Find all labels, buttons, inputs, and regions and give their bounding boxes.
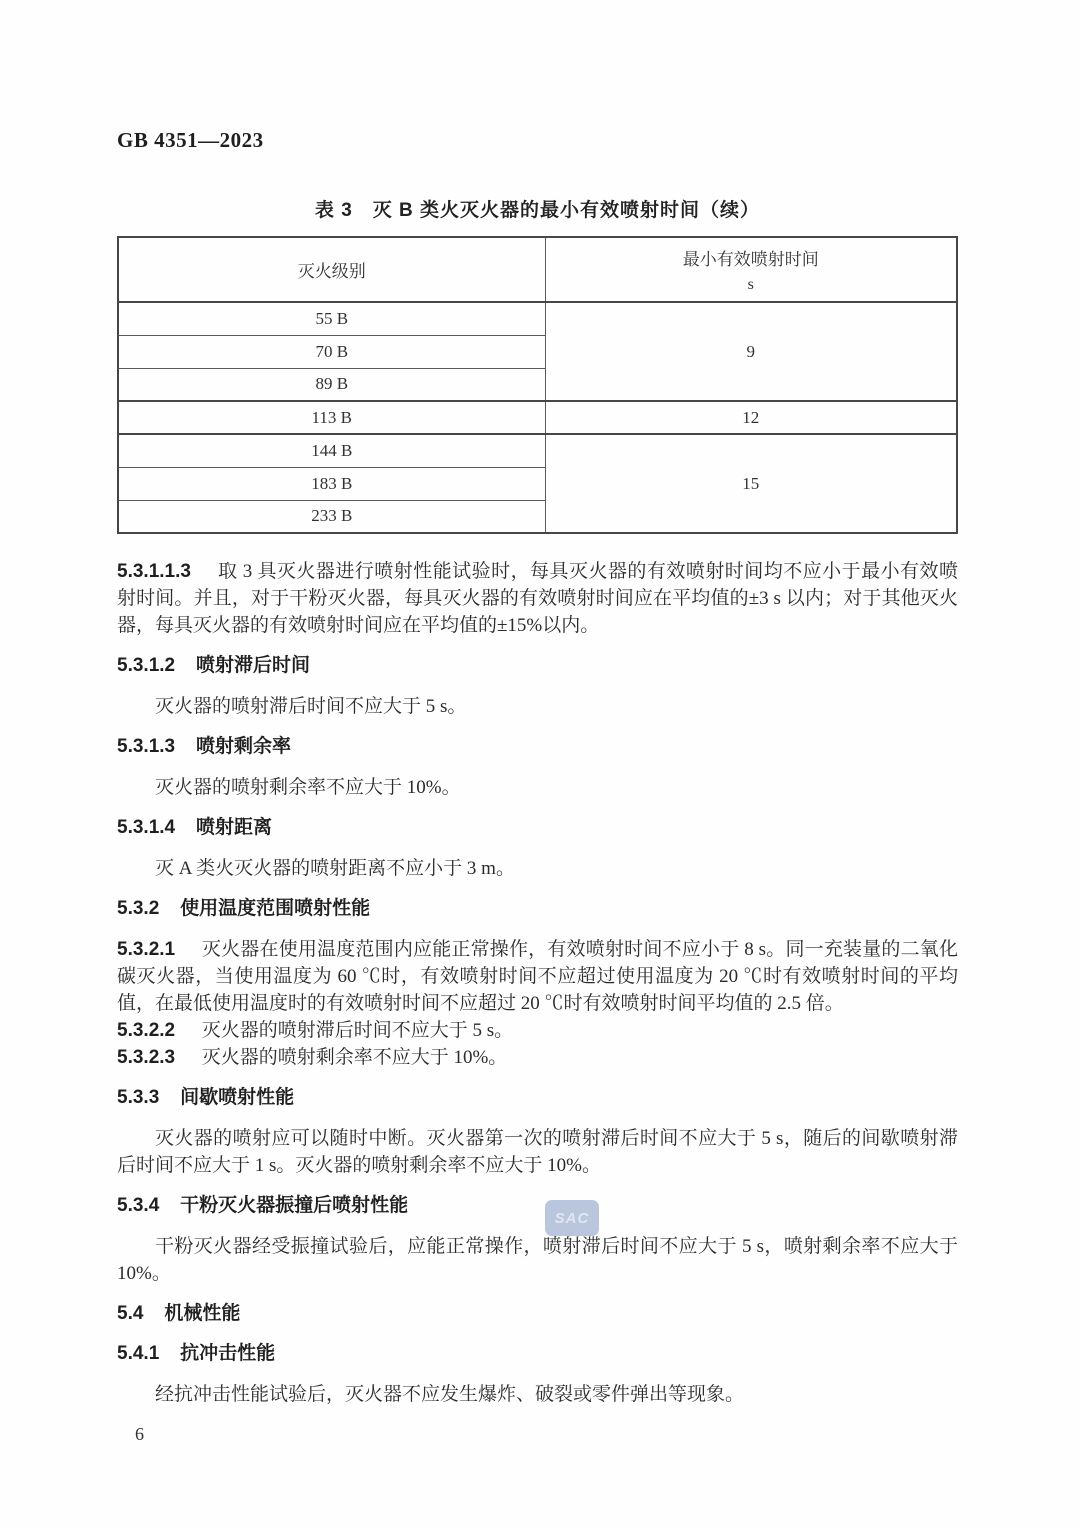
heading-5-3-1-3: 5.3.1.3喷射剩余率 <box>117 734 958 760</box>
document-page: GB 4351—2023 表 3 灭 B 类火灭火器的最小有效喷射时间（续） 灭… <box>0 0 1080 1528</box>
col-header-min-time: 最小有效喷射时间 s <box>545 237 957 302</box>
col-header-min-time-label: 最小有效喷射时间 <box>683 250 819 269</box>
heading-text: 间歇喷射性能 <box>180 1087 294 1108</box>
clause-5-3-2-2: 5.3.2.2灭火器的喷射滞后时间不应大于 5 s。 <box>117 1017 958 1044</box>
clause-text: 灭火器在使用温度范围内应能正常操作，有效喷射时间不应小于 8 s。同一充装量的二… <box>117 939 958 1014</box>
clause-number: 5.3.1.3 <box>117 736 175 757</box>
heading-5-4-1: 5.4.1抗冲击性能 <box>117 1341 958 1367</box>
clause-text: 灭火器的喷射剩余率不应大于 10%。 <box>202 1047 508 1068</box>
clause-number: 5.3.3 <box>117 1087 159 1108</box>
paragraph-5-3-1-4: 灭 A 类火灭火器的喷射距离不应小于 3 m。 <box>117 855 958 882</box>
fire-rating-cell: 233 B <box>118 500 545 533</box>
standard-number: GB 4351—2023 <box>117 128 958 153</box>
heading-text: 抗冲击性能 <box>180 1343 275 1364</box>
table-row: 113 B 12 <box>118 401 957 434</box>
fire-rating-cell: 70 B <box>118 335 545 368</box>
clause-number: 5.4 <box>117 1303 143 1324</box>
clause-5-3-2-3: 5.3.2.3灭火器的喷射剩余率不应大于 10%。 <box>117 1044 958 1071</box>
fire-rating-cell: 183 B <box>118 467 545 500</box>
col-header-fire-rating: 灭火级别 <box>118 237 545 302</box>
col-header-unit: s <box>546 276 956 294</box>
heading-5-3-3: 5.3.3间歇喷射性能 <box>117 1085 958 1111</box>
heading-5-4: 5.4机械性能 <box>117 1301 958 1327</box>
heading-text: 使用温度范围喷射性能 <box>180 898 370 919</box>
sac-watermark-text: SAC <box>555 1210 590 1227</box>
clause-number: 5.4.1 <box>117 1343 159 1364</box>
clause-5-3-1-1-3: 5.3.1.1.3取 3 具灭火器进行喷射性能试验时，每具灭火器的有效喷射时间均… <box>117 558 958 639</box>
min-spray-time-table: 灭火级别 最小有效喷射时间 s 55 B 9 70 B 89 B <box>117 236 958 534</box>
time-cell: 9 <box>545 302 957 401</box>
heading-5-3-2: 5.3.2使用温度范围喷射性能 <box>117 896 958 922</box>
paragraph-5-3-4: 干粉灭火器经受振撞试验后，应能正常操作，喷射滞后时间不应大于 5 s，喷射剩余率… <box>117 1233 958 1287</box>
clause-number: 5.3.1.2 <box>117 655 175 676</box>
sac-watermark-logo: SAC <box>545 1200 599 1236</box>
heading-text: 喷射滞后时间 <box>196 655 310 676</box>
clause-number: 5.3.2.1 <box>117 939 175 960</box>
clause-number: 5.3.1.1.3 <box>117 561 191 582</box>
clause-number: 5.3.4 <box>117 1195 159 1216</box>
heading-text: 喷射距离 <box>196 817 272 838</box>
heading-text: 喷射剩余率 <box>196 736 291 757</box>
fire-rating-cell: 144 B <box>118 434 545 467</box>
page-number: 6 <box>135 1424 958 1445</box>
table-title: 表 3 灭 B 类火灭火器的最小有效喷射时间（续） <box>117 195 958 222</box>
fire-rating-cell: 113 B <box>118 401 545 434</box>
fire-rating-cell: 89 B <box>118 368 545 401</box>
time-cell: 12 <box>545 401 957 434</box>
clause-5-3-2-1: 5.3.2.1灭火器在使用温度范围内应能正常操作，有效喷射时间不应小于 8 s。… <box>117 936 958 1017</box>
clause-number: 5.3.2.3 <box>117 1047 175 1068</box>
heading-text: 机械性能 <box>164 1303 240 1324</box>
clause-number: 5.3.1.4 <box>117 817 175 838</box>
paragraph-5-3-1-3: 灭火器的喷射剩余率不应大于 10%。 <box>117 774 958 801</box>
table-header-row: 灭火级别 最小有效喷射时间 s <box>118 237 957 302</box>
clause-number: 5.3.2.2 <box>117 1020 175 1041</box>
table-row: 55 B 9 <box>118 302 957 335</box>
clause-number: 5.3.2 <box>117 898 159 919</box>
table-row: 144 B 15 <box>118 434 957 467</box>
heading-5-3-1-2: 5.3.1.2喷射滞后时间 <box>117 653 958 679</box>
heading-text: 干粉灭火器振撞后喷射性能 <box>180 1195 408 1216</box>
time-cell: 15 <box>545 434 957 533</box>
page-content: GB 4351—2023 表 3 灭 B 类火灭火器的最小有效喷射时间（续） 灭… <box>0 0 1080 1445</box>
fire-rating-cell: 55 B <box>118 302 545 335</box>
paragraph-5-3-3: 灭火器的喷射应可以随时中断。灭火器第一次的喷射滞后时间不应大于 5 s，随后的间… <box>117 1125 958 1179</box>
paragraph-5-3-1-2: 灭火器的喷射滞后时间不应大于 5 s。 <box>117 693 958 720</box>
heading-5-3-1-4: 5.3.1.4喷射距离 <box>117 815 958 841</box>
heading-5-3-4: 5.3.4干粉灭火器振撞后喷射性能 <box>117 1193 958 1219</box>
clause-text: 灭火器的喷射滞后时间不应大于 5 s。 <box>202 1020 513 1041</box>
paragraph-5-4-1: 经抗冲击性能试验后，灭火器不应发生爆炸、破裂或零件弹出等现象。 <box>117 1381 958 1408</box>
clause-text: 取 3 具灭火器进行喷射性能试验时，每具灭火器的有效喷射时间均不应小于最小有效喷… <box>117 561 958 636</box>
